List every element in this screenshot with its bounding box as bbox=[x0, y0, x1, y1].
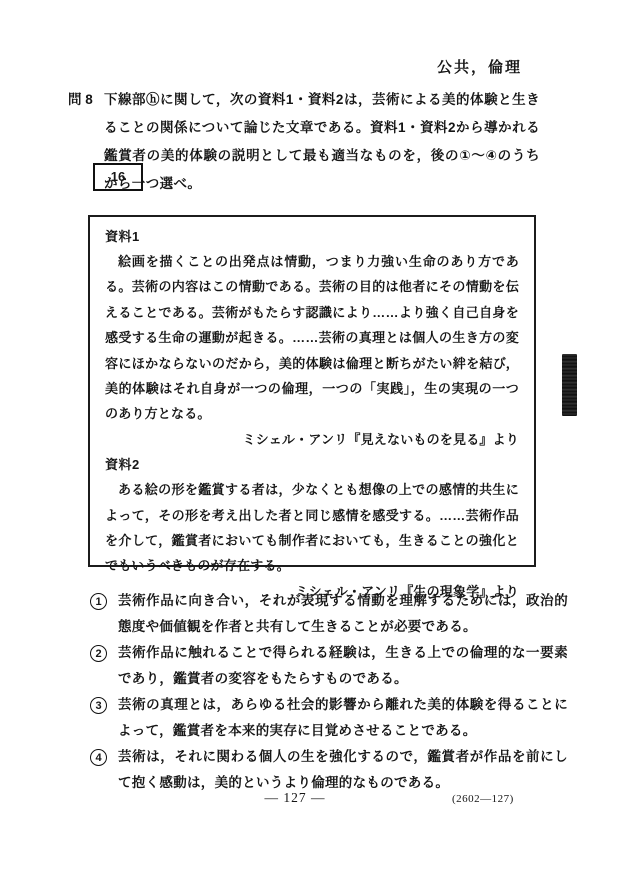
option-2: 2 芸術作品に触れることで得られる経験は，生きる上での倫理的な一要素であり，鑑賞… bbox=[90, 640, 568, 692]
binding-mark bbox=[562, 354, 577, 416]
option-4: 4 芸術は，それに関わる個人の生を強化するので，鑑賞者が作品を前にして抱く感動は… bbox=[90, 744, 568, 796]
source-1-attribution: ミシェル・アンリ『見えないものを見る』より bbox=[105, 427, 519, 452]
source-quote-box: 資料1 絵画を描くことの出発点は情動，つまり力強い生命のあり方である。芸術の内容… bbox=[88, 215, 536, 567]
print-code: (2602—127) bbox=[452, 793, 514, 805]
source-1-label: 資料1 bbox=[105, 224, 519, 249]
option-4-circled-number: 4 bbox=[90, 749, 107, 766]
option-4-text: 芸術は，それに関わる個人の生を強化するので，鑑賞者が作品を前にして抱く感動は，美… bbox=[118, 744, 568, 796]
page-title: 公共，倫理 bbox=[437, 56, 522, 77]
options-list: 1 芸術作品に向き合い，それが表現する情動を理解するためには，政治的態度や価値観… bbox=[90, 588, 568, 796]
option-1-text: 芸術作品に向き合い，それが表現する情動を理解するためには，政治的態度や価値観を作… bbox=[118, 588, 568, 640]
source-2-body: ある絵の形を鑑賞する者は，少なくとも想像の上での感情的共生によって，その形を考え… bbox=[105, 477, 519, 579]
question-text: 下線部ⓗに関して，次の資料1・資料2は，芸術による美的体験と生きることの関係につ… bbox=[104, 86, 540, 198]
option-3-circled-number: 3 bbox=[90, 697, 107, 714]
source-2-label: 資料2 bbox=[105, 452, 519, 477]
option-3: 3 芸術の真理とは，あらゆる社会的影響から離れた美的体験を得ることによって，鑑賞… bbox=[90, 692, 568, 744]
source-1-body: 絵画を描くことの出発点は情動，つまり力強い生命のあり方である。芸術の内容はこの情… bbox=[105, 249, 519, 427]
exam-page: 公共，倫理 問 8 下線部ⓗに関して，次の資料1・資料2は，芸術による美的体験と… bbox=[0, 0, 620, 876]
option-2-text: 芸術作品に触れることで得られる経験は，生きる上での倫理的な一要素であり，鑑賞者の… bbox=[118, 640, 568, 692]
option-1-circled-number: 1 bbox=[90, 593, 107, 610]
option-2-circled-number: 2 bbox=[90, 645, 107, 662]
answer-number-box: 16 bbox=[93, 163, 143, 191]
option-1: 1 芸術作品に向き合い，それが表現する情動を理解するためには，政治的態度や価値観… bbox=[90, 588, 568, 640]
option-3-text: 芸術の真理とは，あらゆる社会的影響から離れた美的体験を得ることによって，鑑賞者を… bbox=[118, 692, 568, 744]
